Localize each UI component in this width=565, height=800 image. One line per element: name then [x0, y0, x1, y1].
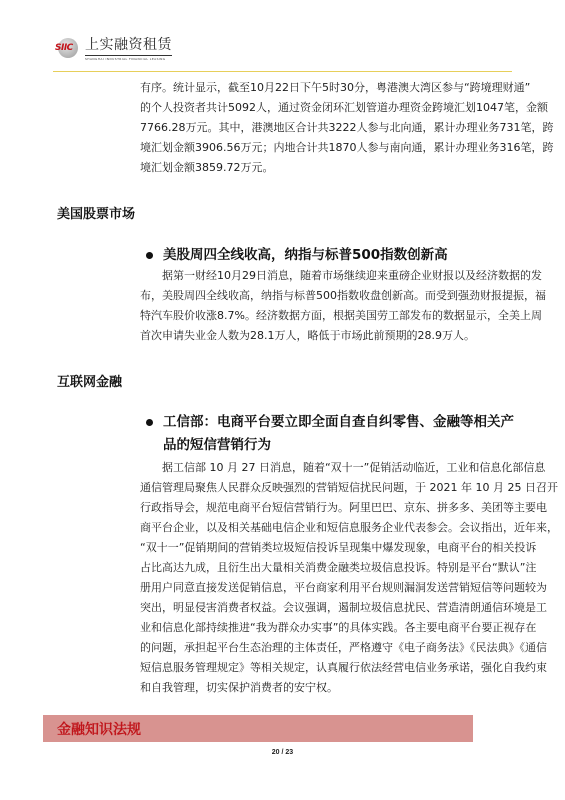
article-paragraph-internet-finance: 据工信部 10 月 27 日消息，随着“双十一”促销活动临近，工业和信息化部信息… [140, 458, 508, 698]
paragraph-line: 布，美股周四全线收高，纳指与标普500指数收盘创新高。而受到强劲财报提振，福 [140, 286, 508, 306]
paragraph-line: 有序。统计显示，截至10月22日下午5时30分，粤港澳大湾区参与“跨境理财通” [140, 78, 508, 98]
heading-line: 美股周四全线收高，纳指与标普500指数创新高 [163, 244, 513, 267]
paragraph-line: “双十一”促销期间的营销类垃圾短信投诉呈现集中爆发现象，电商平台的相关投诉 [140, 538, 508, 558]
logo-mark: SIIC [55, 43, 73, 53]
paragraph-line: 通信管理局聚焦人民群众反映强烈的营销短信扰民问题，于 2021 年 10 月 2… [140, 478, 508, 498]
paragraph-line: 的问题，承担起平台生态治理的主体责任，严格遵守《电子商务法》《民法典》《通信 [140, 638, 508, 658]
section-title-us-stocks: 美国股票市场 [57, 203, 135, 222]
paragraph-line: 占比高达九成，且衍生出大量相关消费金融类垃圾信息投诉。特别是平台“默认”注 [140, 558, 508, 578]
company-logo: SIIC 上实融资租赁 SHANGHAI INDUSTRIAL FINANCIA… [55, 37, 175, 63]
paragraph-line: 册用户同意直接发送促销信息，平台商家利用平台规则漏洞发送营销短信等问题较为 [140, 578, 508, 598]
header-divider [53, 71, 512, 72]
siic-badge-icon: SIIC [55, 38, 79, 60]
paragraph-line: 据第一财经10月29日消息，随着市场继续迎来重磅企业财报以及经济数据的发 [140, 266, 508, 286]
logo-company-subtitle: SHANGHAI INDUSTRIAL FINANCIAL LEASING [85, 57, 166, 61]
paragraph-line: 境汇划金额3859.72万元。 [140, 158, 508, 178]
paragraph-line: 商平台企业，以及相关基础电信企业和短信息服务企业代表参会。会议指出，近年来， [140, 518, 508, 538]
paragraph-line: 的个人投资者共计5092人，通过资金闭环汇划管道办理资金跨境汇划1047笔，金额 [140, 98, 508, 118]
paragraph-line: 和自我管理，切实保护消费者的安宁权。 [140, 678, 508, 698]
article-heading-us-stocks: 美股周四全线收高，纳指与标普500指数创新高 [143, 244, 513, 267]
article-paragraph-us-stocks: 据第一财经10月29日消息，随着市场继续迎来重磅企业财报以及经济数据的发 布，美… [140, 266, 508, 346]
bullet-icon [146, 419, 153, 426]
logo-company-name: 上实融资租赁 [85, 37, 172, 56]
paragraph-line: 突出，明显侵害消费者权益。会议强调，遏制垃圾信息扰民、营造清朗通信环境是工 [140, 598, 508, 618]
page-number: 20 / 23 [0, 749, 565, 756]
article-heading-internet-finance: 工信部：电商平台要立即全面自查自纠零售、金融等相关产 品的短信营销行为 [143, 411, 513, 457]
section-banner-financial-regulations: 金融知识法规 [43, 715, 473, 742]
paragraph-line: 据工信部 10 月 27 日消息，随着“双十一”促销活动临近，工业和信息化部信息 [140, 458, 508, 478]
paragraph-line: 短信息服务管理规定》等相关规定，认真履行依法经营电信业务承诺，强化自我约束 [140, 658, 508, 678]
heading-line: 品的短信营销行为 [163, 434, 513, 457]
section-title-internet-finance: 互联网金融 [57, 371, 122, 390]
intro-paragraph: 有序。统计显示，截至10月22日下午5时30分，粤港澳大湾区参与“跨境理财通” … [140, 78, 508, 178]
paragraph-line: 特汽车股价收涨8.7%。经济数据方面，根据美国劳工部发布的数据显示，全美上周 [140, 306, 508, 326]
paragraph-line: 7766.28万元。其中，港澳地区合计共3222人参与北向通，累计办理业务731… [140, 118, 508, 138]
paragraph-line: 行政指导会，规范电商平台短信营销行为。阿里巴巴、京东、拼多多、美团等主要电 [140, 498, 508, 518]
bullet-icon [146, 252, 153, 259]
paragraph-line: 业和信息化部持续推进“我为群众办实事”的具体实践。各主要电商平台要正视存在 [140, 618, 508, 638]
paragraph-line: 境汇划金额3906.56万元；内地合计共1870人参与南向通，累计办理业务316… [140, 138, 508, 158]
banner-title: 金融知识法规 [57, 719, 141, 739]
heading-line: 工信部：电商平台要立即全面自查自纠零售、金融等相关产 [163, 411, 513, 434]
paragraph-line: 首次申请失业金人数为28.1万人，略低于市场此前预期的28.9万人。 [140, 326, 508, 346]
